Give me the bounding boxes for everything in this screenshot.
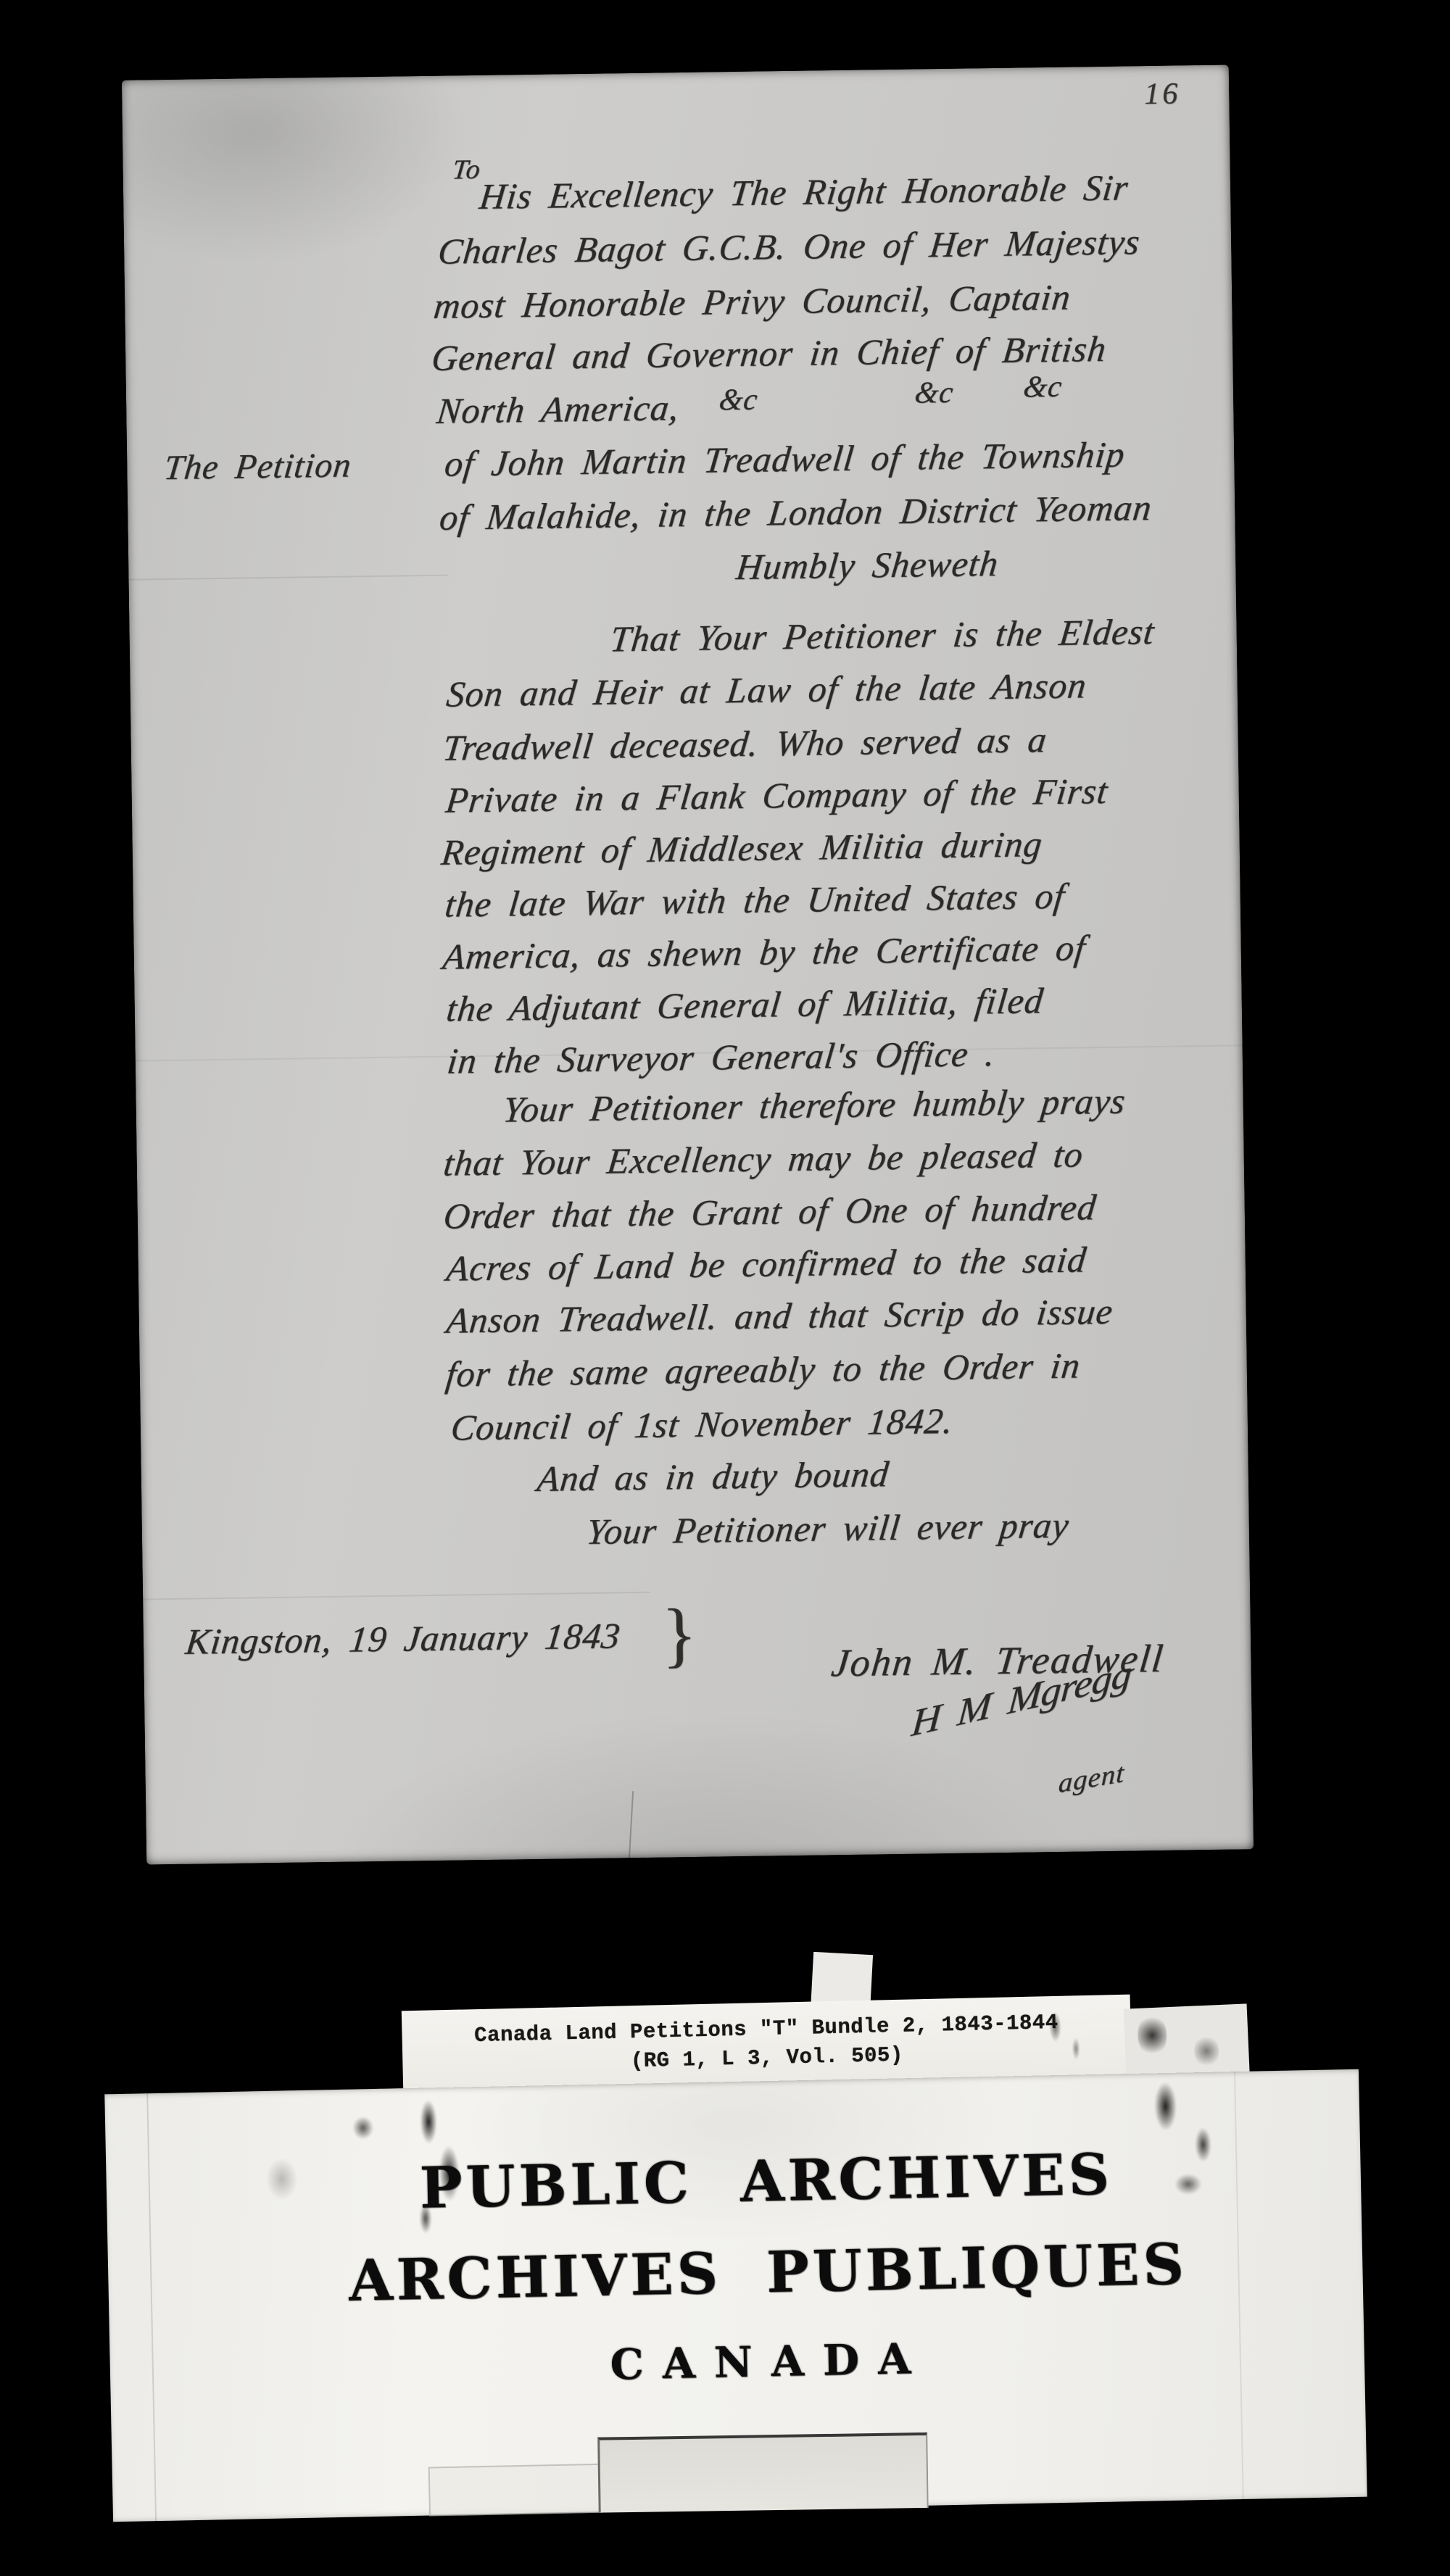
handwritten-line: in the Surveyor General's Office . [445,1034,998,1081]
handwritten-line: Council of 1st November 1842. [449,1401,955,1448]
handwritten-line: Regiment of Middlesex Militia during [439,824,1045,873]
handwritten-line: Son and Heir at Law of the late Anson [444,665,1089,714]
etcetera-mark: &c [1022,370,1064,404]
smudge [1040,2007,1092,2072]
handwritten-line: Anson Treadwell. and that Scrip do issue [444,1292,1115,1341]
handwritten-line: Order that the Grant of One of hundred [442,1187,1098,1237]
handwritten-line: That Your Petitioner is the Eldest [608,612,1156,660]
dateline-brace: } [661,1595,698,1675]
handwritten-line: And as in duty bound [535,1454,891,1499]
handwriting-layer: 16ToHis Excellency The Right Honorable S… [122,65,1254,1864]
dateline: Kingston, 19 January 1843 [183,1616,622,1661]
handwritten-line: the Adjutant General of Militia, filed [444,981,1045,1029]
handwritten-line: Private in a Flank Company of the First [444,771,1110,820]
handwritten-line: Acres of Land be confirmed to the said [444,1239,1088,1288]
stamp-archives-publiques: ARCHIVES PUBLIQUES [173,2233,1363,2314]
bottom-tab-outline [428,2464,602,2517]
handwritten-line: Humbly Sheweth [734,544,1000,587]
handwritten-line: most Honorable Privy Council, Captain [432,277,1073,325]
agent-title: agent [1058,1758,1125,1800]
smudge [1193,2034,1219,2068]
stamp-canada: CANADA [175,2329,1364,2395]
page-number: 16 [1144,77,1181,111]
card-fold-line [146,2093,157,2521]
stamp-public-archives: PUBLIC ARCHIVES [171,2142,1361,2222]
petition-scan-page: 16ToHis Excellency The Right Honorable S… [122,65,1254,1864]
handwritten-line: of John Martin Treadwell of the Township [443,434,1127,483]
handwritten-line: Charles Bagot G.C.B. One of Her Majestys [436,222,1143,272]
etcetera-mark: &c [913,376,955,410]
handwritten-line: of Malahide, in the London District Yeom… [438,488,1154,538]
smudge [1137,2013,1168,2058]
handwritten-line: the late War with the United States of [443,876,1067,925]
handwritten-line: Treadwell deceased. Who served as a [441,720,1049,768]
handwritten-line: North America, [435,388,681,431]
handwritten-line: Your Petitioner therefore humbly prays [501,1081,1127,1130]
microfilm-frame: 16ToHis Excellency The Right Honorable S… [0,0,1450,2576]
handwritten-line: America, as shewn by the Certificate of [441,928,1087,976]
handwritten-line: General and Governor in Chief of British [430,329,1109,378]
etcetera-mark: &c [717,383,759,417]
handwritten-line: that Your Excellency may be pleased to [442,1134,1085,1183]
salutation-prefix: To [451,155,482,186]
archives-stamp-card: PUBLIC ARCHIVES ARCHIVES PUBLIQUES CANAD… [104,2069,1367,2522]
bottom-tab [597,2432,928,2513]
handwritten-line: for the same agreeably to the Order in [444,1345,1082,1394]
handwritten-line: Your Petitioner will ever pray [584,1505,1071,1552]
handwritten-line: His Excellency The Right Honorable Sir [478,167,1131,217]
margin-note: The Petition [162,446,354,487]
